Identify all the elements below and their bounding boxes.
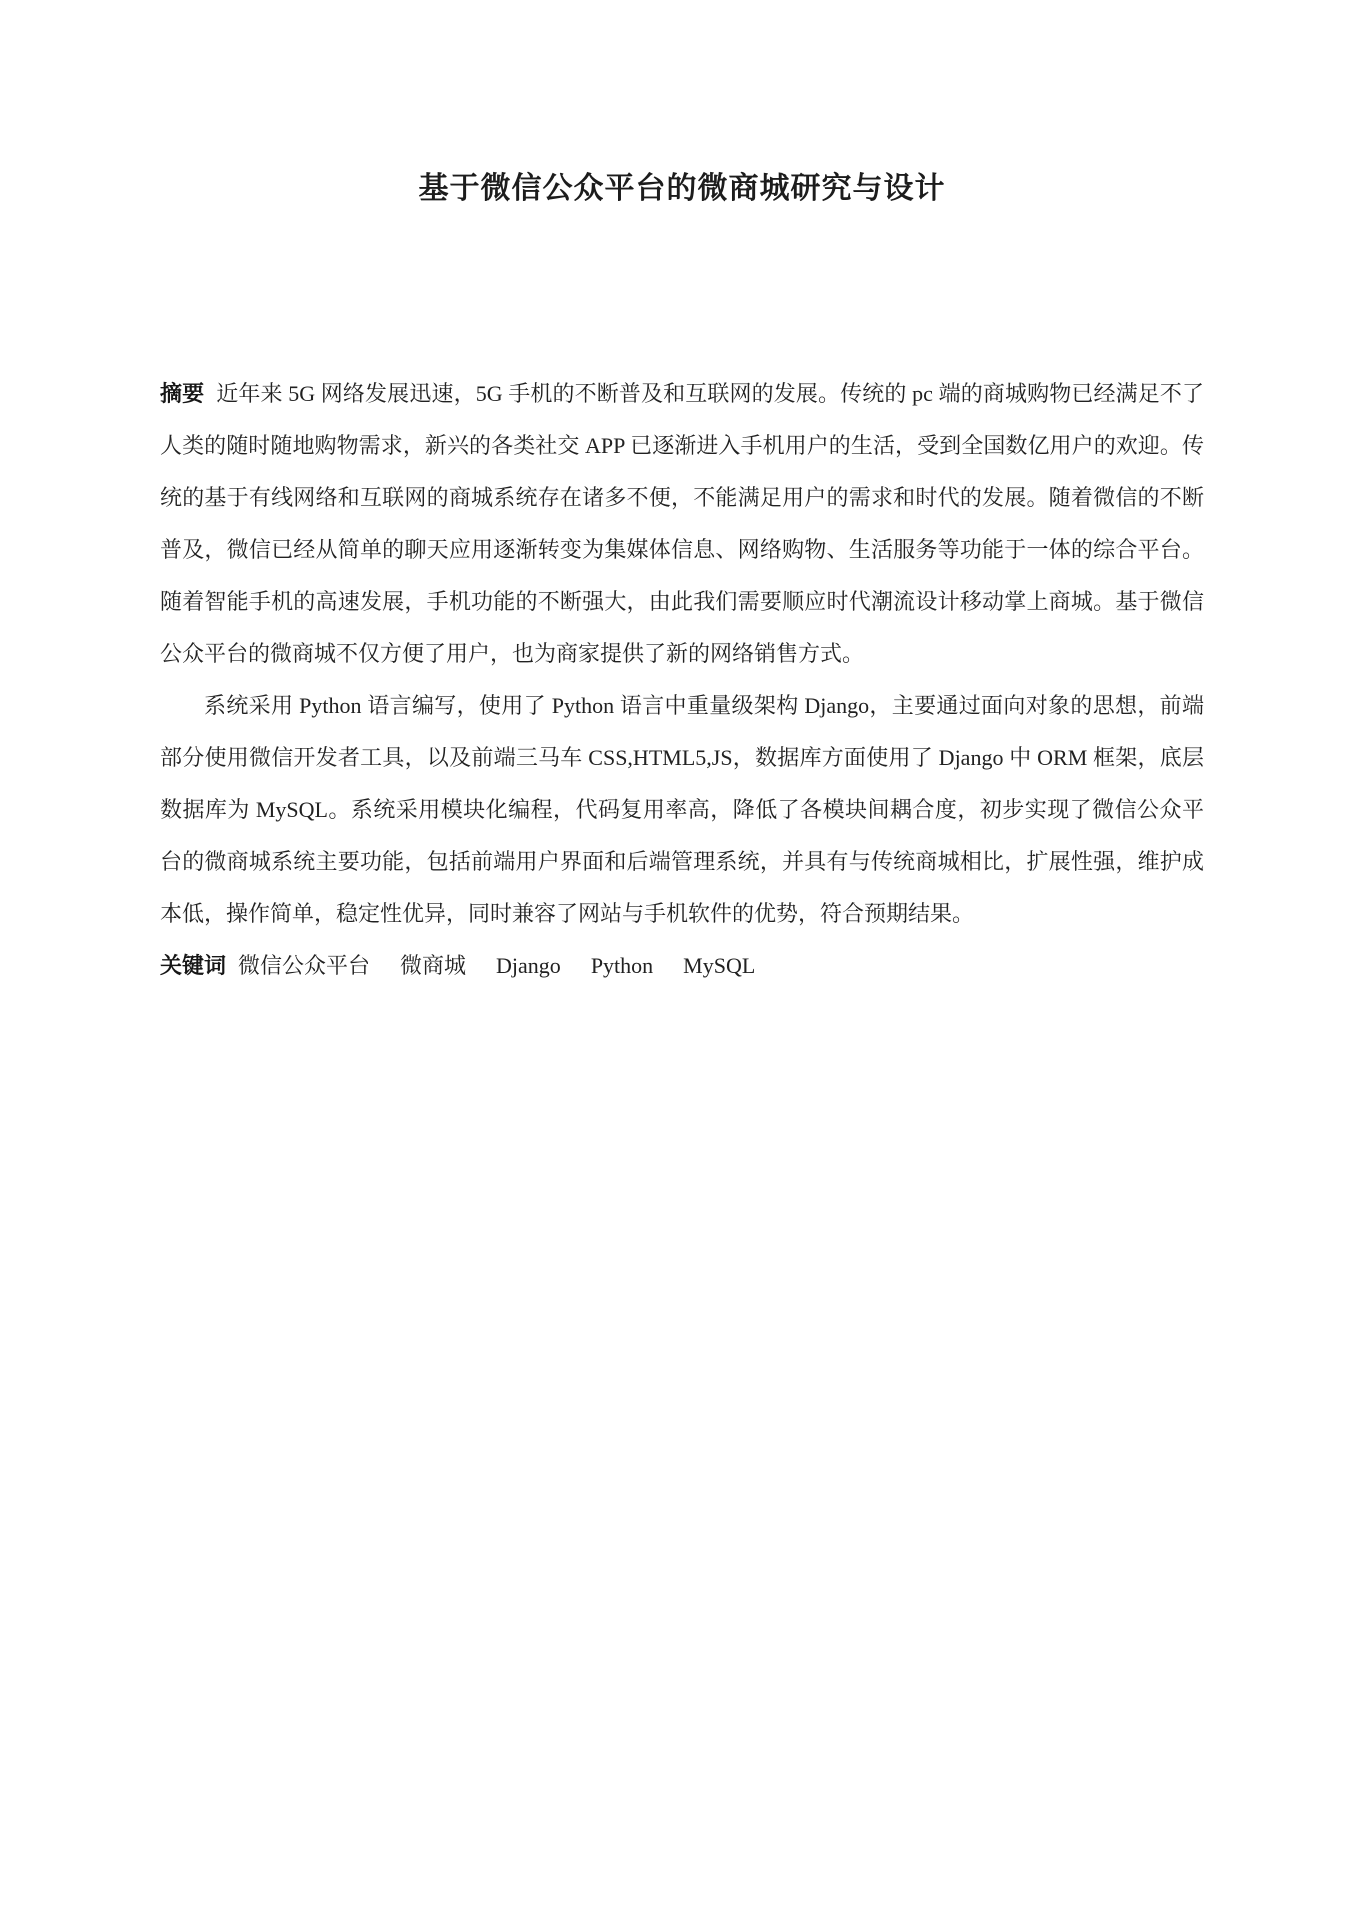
keyword-item: 微信公众平台 — [238, 953, 370, 978]
keyword-item: MySQL — [683, 953, 755, 978]
keyword-item: Django — [496, 953, 561, 978]
abstract-text: 近年来 5G 网络发展迅速，5G 手机的不断普及和互联网的发展。传统的 pc 端… — [160, 381, 1204, 666]
document-page: 基于微信公众平台的微商城研究与设计 摘要近年来 5G 网络发展迅速，5G 手机的… — [0, 0, 1357, 1920]
abstract-label: 摘要 — [160, 381, 204, 406]
keywords-label: 关键词 — [160, 953, 226, 978]
keyword-item: 微商城 — [400, 953, 466, 978]
abstract-paragraph: 摘要近年来 5G 网络发展迅速，5G 手机的不断普及和互联网的发展。传统的 pc… — [160, 368, 1204, 680]
system-description-paragraph: 系统采用 Python 语言编写，使用了 Python 语言中重量级架构 Dja… — [160, 680, 1204, 940]
paper-title: 基于微信公众平台的微商城研究与设计 — [160, 170, 1204, 208]
keyword-item: Python — [591, 953, 653, 978]
keywords-line: 关键词微信公众平台微商城DjangoPythonMySQL — [160, 940, 1204, 992]
